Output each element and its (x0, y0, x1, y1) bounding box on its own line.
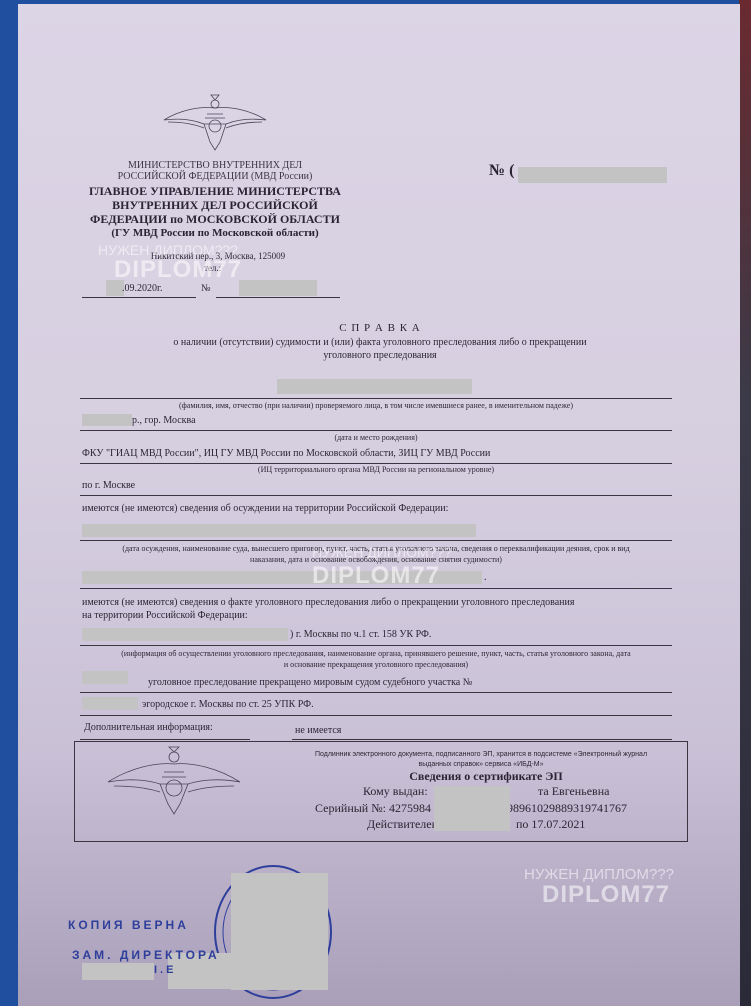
redacted-certificate-details (434, 786, 510, 831)
prosecution-caption-line-2: и основание прекращения уголовного пресл… (76, 659, 676, 670)
conviction-label: имеются (не имеются) сведения об осужден… (82, 503, 448, 514)
dept-line-3: ФЕДЕРАЦИИ по МОСКОВСКОЙ ОБЛАСТИ (68, 212, 362, 226)
redacted-birth-date (82, 414, 132, 426)
ministry-line-1: МИНИСТЕРСТВО ВНУТРЕННИХ ДЕЛ (78, 160, 352, 171)
ic-caption: (ИЦ территориального органа МВД России н… (80, 465, 672, 474)
conviction-caption-line-2: наказания, дата и основание освобождения… (76, 554, 676, 565)
certificate-valid-value: по 17.07.2021 (516, 817, 585, 832)
document-title: С П Р А В К А (80, 322, 680, 334)
redacted-conviction-details (82, 524, 476, 537)
signer-initials: І.Е (154, 964, 176, 976)
emblem-icon (104, 746, 244, 816)
tel-label: тел.: (204, 263, 221, 273)
deputy-director-stamp: ЗАМ. ДИРЕКТОРА (72, 948, 220, 962)
watermark-title: DIPLOM77 (542, 881, 670, 909)
prosecution-label-line-1: имеются (не имеются) сведения о факте уг… (82, 596, 575, 609)
prosecution-caption-line-1: (информация об осуществлении уголовного … (76, 648, 676, 659)
ic-value-2: по г. Москве (82, 480, 135, 491)
number-label: № (201, 283, 211, 294)
redacted-number (239, 280, 317, 296)
redacted-stamp (231, 873, 328, 990)
emblem-icon (160, 92, 270, 152)
birth-value: р., гор. Москва (132, 415, 196, 426)
dept-line-1: ГЛАВНОЕ УПРАВЛЕНИЕ МИНИСТЕРСТВА (68, 184, 362, 198)
conviction-end: . (484, 572, 487, 583)
redacted-conviction-details-2 (82, 571, 482, 584)
redacted-termination-court (82, 697, 138, 710)
name-caption: (фамилия, имя, отчество (при наличии) пр… (80, 401, 672, 410)
ic-value: ФКУ "ГИАЦ МВД России", ИЦ ГУ МВД России … (82, 448, 490, 459)
background-edge (739, 0, 751, 1006)
additional-info-label: Дополнительная информация: (84, 722, 213, 733)
title-subtitle-line-1: о наличии (отсутствии) судимости и (или)… (80, 336, 680, 349)
prosecution-label-line-2: на территории Российской Федерации: (82, 609, 575, 622)
certificate-issued-to-value: та Евгеньевна (538, 784, 609, 799)
redacted-prosecution-details (82, 628, 288, 641)
certificate-issued-to-label: Кому выдан: (363, 784, 428, 799)
watermark-subtitle: НУЖЕН ДИПЛОМ??? (524, 866, 674, 883)
copy-certified-stamp: КОПИЯ ВЕРНА (68, 918, 189, 932)
dept-line-4: (ГУ МВД России по Московской области) (68, 226, 362, 240)
date-value: .09.2020г. (122, 283, 162, 294)
additional-info-value: не имеется (295, 725, 341, 736)
conviction-caption-line-1: (дата осуждения, наименование суда, выне… (76, 543, 676, 554)
redacted-termination-date (82, 671, 128, 684)
redacted-document-number (518, 167, 667, 183)
birth-caption: (дата и место рождения) (80, 433, 672, 442)
document-number: № ( (489, 162, 514, 180)
certificate-serial-label: Серийный №: 4275984 (315, 801, 431, 816)
address: Никитский пер., 3, Москва, 125009 (118, 251, 318, 261)
certificate-heading: Сведения о сертификате ЭП (336, 769, 636, 784)
certificate-note-line-1: Подлинник электронного документа, подпис… (276, 750, 686, 760)
title-subtitle-line-2: уголовного преследования (80, 349, 680, 362)
certificate-valid-label: Действителен: (367, 817, 441, 832)
prosecution-value: ) г. Москвы по ч.1 ст. 158 УК РФ. (290, 629, 431, 640)
redacted-signer-name (82, 963, 154, 980)
ministry-line-2: РОССИЙСКОЙ ФЕДЕРАЦИИ (МВД России) (78, 171, 352, 182)
termination-line-1: уголовное преследование прекращено миров… (148, 677, 472, 688)
document-page: МИНИСТЕРСТВО ВНУТРЕННИХ ДЕЛ РОССИЙСКОЙ Ф… (18, 4, 740, 1006)
dept-line-2: ВНУТРЕННИХ ДЕЛ РОССИЙСКОЙ (68, 198, 362, 212)
termination-line-2: эгородское г. Москвы по ст. 25 УПК РФ. (142, 699, 314, 710)
certificate-serial-value: 98961029889319741767 (507, 801, 627, 816)
redacted-name (277, 379, 472, 394)
